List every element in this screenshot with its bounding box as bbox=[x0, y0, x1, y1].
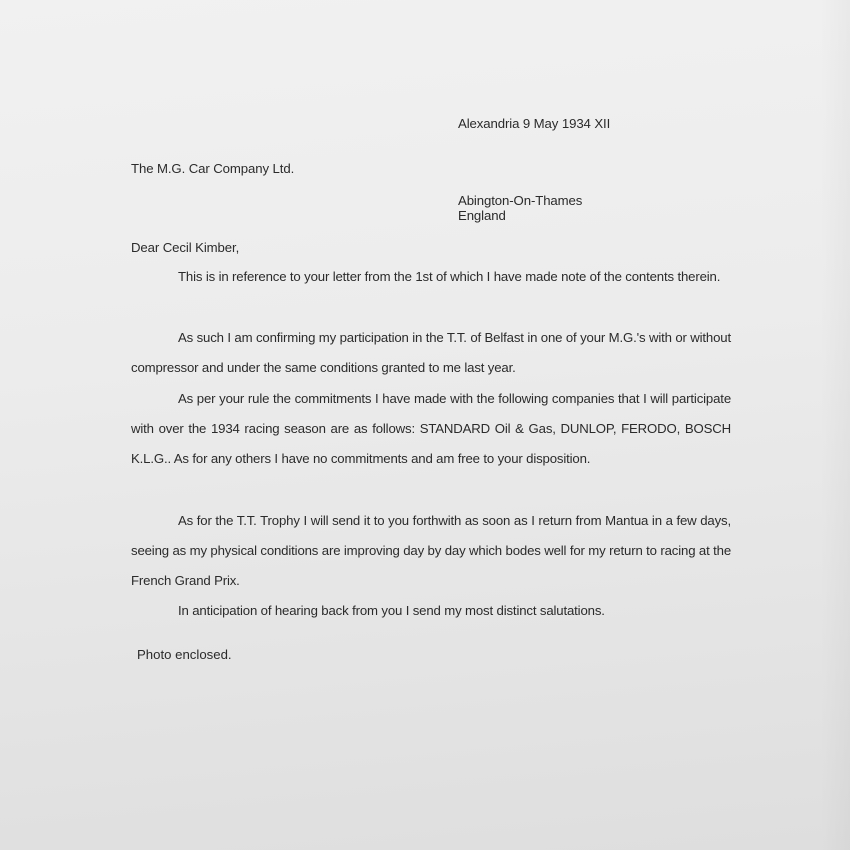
letter-dateline: Alexandria 9 May 1934 XII bbox=[458, 116, 610, 132]
letter-paragraph: This is in reference to your letter from… bbox=[131, 262, 731, 292]
letter-salutation: Dear Cecil Kimber, bbox=[131, 240, 239, 256]
paper-edge-shade bbox=[820, 0, 850, 850]
letter-paragraph: As per your rule the commitments I have … bbox=[131, 384, 731, 475]
letter-paragraph: In anticipation of hearing back from you… bbox=[131, 596, 731, 626]
letter-recipient: The M.G. Car Company Ltd. bbox=[131, 161, 294, 177]
letter-postscript: Photo enclosed. bbox=[137, 647, 232, 663]
letter-page: Alexandria 9 May 1934 XII The M.G. Car C… bbox=[0, 0, 850, 850]
recipient-address-line2: England bbox=[458, 208, 506, 224]
letter-paragraph: As for the T.T. Trophy I will send it to… bbox=[131, 506, 731, 597]
recipient-address-line1: Abington-On-Thames bbox=[458, 193, 582, 209]
letter-paragraph: As such I am confirming my participation… bbox=[131, 323, 731, 383]
